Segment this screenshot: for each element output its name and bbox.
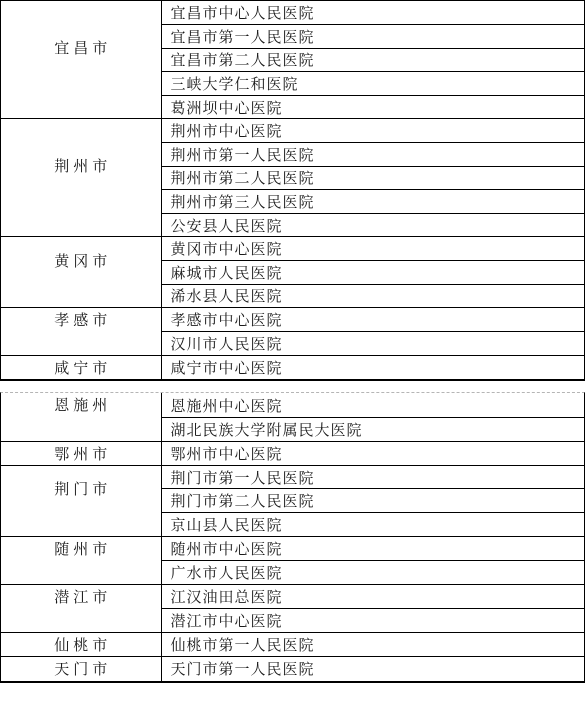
city-label: 荆门市: [54, 482, 111, 498]
hospital-table-lower-body: 恩施州恩施州中心医院湖北民族大学附属民大医院鄂州市鄂州市中心医院荆门市荆门市第一…: [1, 393, 584, 680]
city-cell: 恩施州: [1, 393, 161, 441]
hospital-table-upper-frame: 宜昌市宜昌市中心人民医院宜昌市第一人民医院宜昌市第二人民医院三峡大学仁和医院葛洲…: [0, 0, 585, 381]
city-label: 鄂州市: [54, 447, 111, 463]
city-label: 天门市: [54, 662, 111, 678]
city-cell: 咸宁市: [1, 356, 161, 380]
hospital-cell: 潜江市中心医院: [161, 609, 584, 633]
city-label: 荆州市: [54, 159, 111, 175]
hospital-cell: 咸宁市中心医院: [161, 356, 584, 380]
hospital-cell: 荆州市第一人民医院: [161, 143, 584, 167]
city-cell: 荆门市: [1, 465, 161, 537]
hospital-cell: 天门市第一人民医院: [161, 657, 584, 681]
hospital-cell: 三峡大学仁和医院: [161, 72, 584, 96]
hospital-cell: 荆州市第二人民医院: [161, 166, 584, 190]
city-cell: 宜昌市: [1, 1, 161, 119]
city-label: 黄冈市: [54, 254, 111, 270]
hospital-table-upper: 宜昌市宜昌市中心人民医院宜昌市第一人民医院宜昌市第二人民医院三峡大学仁和医院葛洲…: [1, 1, 584, 379]
hospital-cell: 孝感市中心医院: [161, 308, 584, 332]
city-cell: 潜江市: [1, 585, 161, 633]
table-row: 仙桃市仙桃市第一人民医院: [1, 633, 584, 657]
city-label: 孝感市: [54, 313, 111, 329]
hospital-cell: 浠水县人民医院: [161, 284, 584, 308]
city-label: 恩施州: [54, 398, 111, 414]
table-row: 宜昌市宜昌市中心人民医院: [1, 1, 584, 25]
table-row: 恩施州恩施州中心医院: [1, 393, 584, 417]
city-cell: 黄冈市: [1, 237, 161, 308]
hospital-cell: 湖北民族大学附属民大医院: [161, 417, 584, 441]
hospital-cell: 荆州市中心医院: [161, 119, 584, 143]
city-cell: 随州市: [1, 537, 161, 585]
hospital-cell: 宜昌市第一人民医院: [161, 25, 584, 49]
hospital-cell: 公安县人民医院: [161, 213, 584, 237]
hospital-table-upper-body: 宜昌市宜昌市中心人民医院宜昌市第一人民医院宜昌市第二人民医院三峡大学仁和医院葛洲…: [1, 1, 584, 379]
hospital-cell: 汉川市人民医院: [161, 332, 584, 356]
hospital-cell: 江汉油田总医院: [161, 585, 584, 609]
city-cell: 孝感市: [1, 308, 161, 356]
city-label: 仙桃市: [54, 638, 111, 654]
hospital-cell: 麻城市人民医院: [161, 261, 584, 285]
table-row: 黄冈市黄冈市中心医院: [1, 237, 584, 261]
city-label: 潜江市: [54, 590, 111, 606]
hospital-cell: 京山县人民医院: [161, 513, 584, 537]
hospital-table-lower: 恩施州恩施州中心医院湖北民族大学附属民大医院鄂州市鄂州市中心医院荆门市荆门市第一…: [1, 393, 584, 680]
table-row: 随州市随州市中心医院: [1, 537, 584, 561]
hospital-cell: 黄冈市中心医院: [161, 237, 584, 261]
city-cell: 荆州市: [1, 119, 161, 237]
table-row: 荆州市荆州市中心医院: [1, 119, 584, 143]
table-row: 天门市天门市第一人民医院: [1, 657, 584, 681]
table-row: 咸宁市咸宁市中心医院: [1, 356, 584, 380]
city-label: 随州市: [54, 542, 111, 558]
hospital-cell: 仙桃市第一人民医院: [161, 633, 584, 657]
hospital-cell: 恩施州中心医院: [161, 393, 584, 417]
hospital-cell: 广水市人民医院: [161, 561, 584, 585]
city-label: 咸宁市: [54, 361, 111, 377]
hospital-cell: 荆门市第二人民医院: [161, 489, 584, 513]
city-label: 宜昌市: [54, 41, 111, 57]
city-cell: 仙桃市: [1, 633, 161, 657]
hospital-cell: 随州市中心医院: [161, 537, 584, 561]
document-page: 宜昌市宜昌市中心人民医院宜昌市第一人民医院宜昌市第二人民医院三峡大学仁和医院葛洲…: [0, 0, 585, 683]
hospital-cell: 宜昌市第二人民医院: [161, 48, 584, 72]
hospital-cell: 葛洲坝中心医院: [161, 95, 584, 119]
hospital-cell: 鄂州市中心医院: [161, 441, 584, 465]
city-cell: 天门市: [1, 657, 161, 681]
table-row: 潜江市江汉油田总医院: [1, 585, 584, 609]
table-row: 荆门市荆门市第一人民医院: [1, 465, 584, 489]
hospital-cell: 荆州市第三人民医院: [161, 190, 584, 214]
hospital-table-lower-frame: 恩施州恩施州中心医院湖北民族大学附属民大医院鄂州市鄂州市中心医院荆门市荆门市第一…: [0, 392, 585, 682]
table-row: 孝感市孝感市中心医院: [1, 308, 584, 332]
hospital-cell: 荆门市第一人民医院: [161, 465, 584, 489]
table-row: 鄂州市鄂州市中心医院: [1, 441, 584, 465]
city-cell: 鄂州市: [1, 441, 161, 465]
hospital-cell: 宜昌市中心人民医院: [161, 1, 584, 25]
